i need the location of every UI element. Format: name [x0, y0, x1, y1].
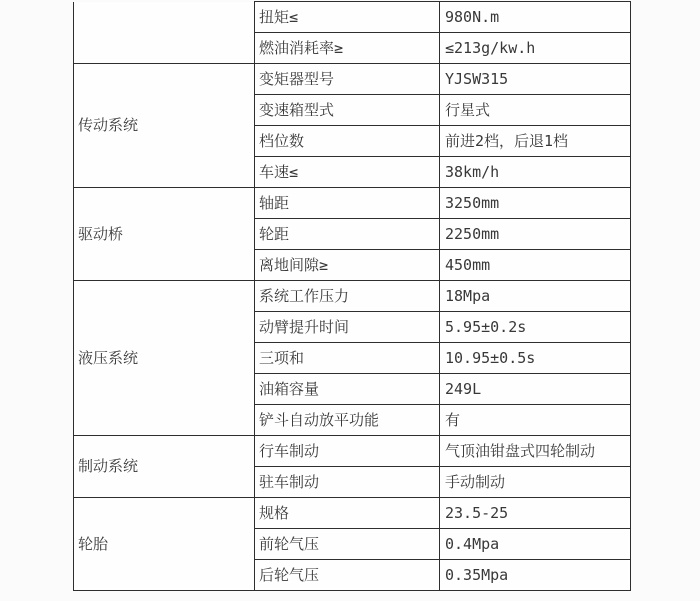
spec-value-cell: 2250mm: [440, 219, 631, 250]
spec-table-body: 扭矩≤980N.m燃油消耗率≥≤213g/kw.h传动系统变矩器型号YJSW31…: [74, 2, 631, 591]
spec-value-cell: YJSW315: [440, 64, 631, 95]
category-cell: 液压系统: [74, 281, 255, 436]
spec-name-cell: 车速≤: [255, 157, 440, 188]
category-cell: 驱动桥: [74, 188, 255, 281]
spec-value-cell: 249L: [440, 374, 631, 405]
spec-name-cell: 行车制动: [255, 436, 440, 467]
spec-name-cell: 油箱容量: [255, 374, 440, 405]
spec-name-cell: 轴距: [255, 188, 440, 219]
spec-name-cell: 三项和: [255, 343, 440, 374]
spec-value-cell: 23.5-25: [440, 498, 631, 529]
spec-row: 轮胎规格23.5-25: [74, 498, 631, 529]
spec-value-cell: 前进2档，后退1档: [440, 126, 631, 157]
category-cell: 轮胎: [74, 498, 255, 591]
spec-name-cell: 变速箱型式: [255, 95, 440, 126]
spec-name-cell: 扭矩≤: [255, 2, 440, 33]
spec-name-cell: 变矩器型号: [255, 64, 440, 95]
spec-name-cell: 规格: [255, 498, 440, 529]
spec-value-cell: 行星式: [440, 95, 631, 126]
spec-name-cell: 系统工作压力: [255, 281, 440, 312]
spec-value-cell: 0.4Mpa: [440, 529, 631, 560]
spec-row: 扭矩≤980N.m: [74, 2, 631, 33]
spec-name-cell: 驻车制动: [255, 467, 440, 498]
spec-row: 传动系统变矩器型号YJSW315: [74, 64, 631, 95]
spec-value-cell: ≤213g/kw.h: [440, 33, 631, 64]
spec-name-cell: 后轮气压: [255, 560, 440, 591]
spec-name-cell: 燃油消耗率≥: [255, 33, 440, 64]
spec-row: 制动系统行车制动气顶油钳盘式四轮制动: [74, 436, 631, 467]
spec-value-cell: 10.95±0.5s: [440, 343, 631, 374]
spec-value-cell: 手动制动: [440, 467, 631, 498]
category-cell: 制动系统: [74, 436, 255, 498]
category-cell: [74, 2, 255, 64]
spec-name-cell: 离地间隙≥: [255, 250, 440, 281]
spec-name-cell: 铲斗自动放平功能: [255, 405, 440, 436]
spec-value-cell: 38km/h: [440, 157, 631, 188]
spec-name-cell: 轮距: [255, 219, 440, 250]
spec-name-cell: 前轮气压: [255, 529, 440, 560]
spec-value-cell: 0.35Mpa: [440, 560, 631, 591]
spec-row: 液压系统系统工作压力18Mpa: [74, 281, 631, 312]
spec-name-cell: 档位数: [255, 126, 440, 157]
category-cell: 传动系统: [74, 64, 255, 188]
spec-table: 扭矩≤980N.m燃油消耗率≥≤213g/kw.h传动系统变矩器型号YJSW31…: [73, 1, 631, 591]
spec-value-cell: 3250mm: [440, 188, 631, 219]
spec-value-cell: 980N.m: [440, 2, 631, 33]
spec-row: 驱动桥轴距3250mm: [74, 188, 631, 219]
spec-value-cell: 有: [440, 405, 631, 436]
spec-value-cell: 5.95±0.2s: [440, 312, 631, 343]
spec-value-cell: 450mm: [440, 250, 631, 281]
spec-value-cell: 气顶油钳盘式四轮制动: [440, 436, 631, 467]
spec-name-cell: 动臂提升时间: [255, 312, 440, 343]
spec-value-cell: 18Mpa: [440, 281, 631, 312]
